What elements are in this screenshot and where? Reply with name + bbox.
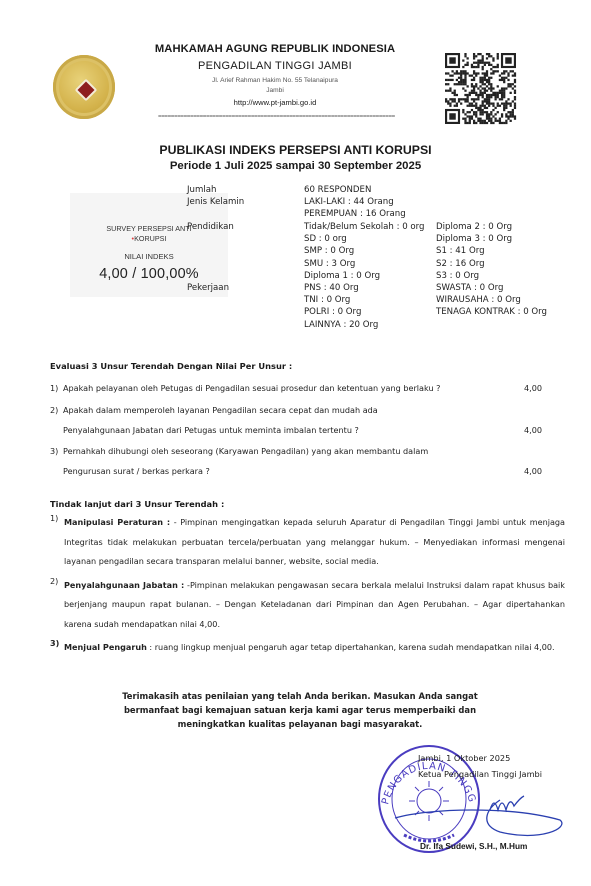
education-item: SMP : 0 Org — [304, 245, 425, 257]
institution-name: MAHKAMAH AGUNG REPUBLIK INDONESIA — [130, 43, 420, 55]
court-name: PENGADILAN TINGGI JAMBI — [130, 60, 420, 72]
signature-scribble-icon — [390, 780, 570, 850]
closing-line: Terimakasih atas penilaian yang telah An… — [120, 690, 480, 704]
sign-place-date: Jambi, 1 Oktober 2025 — [418, 753, 510, 763]
followup-heading: Tindak lanjut dari 3 Unsur Terendah : — [50, 499, 224, 509]
education-item: Tidak/Belum Sekolah : 0 org — [304, 221, 425, 233]
job-list-1: PNS : 40 OrgTNI : 0 OrgPOLRI : 0 OrgLAIN… — [304, 282, 378, 331]
education-item: Diploma 3 : 0 Org — [436, 233, 512, 245]
qr-code-icon — [444, 45, 517, 132]
gender-item: PEREMPUAN : 16 Orang — [304, 208, 406, 220]
jumlah-value: 60 RESPONDEN — [304, 184, 371, 196]
job-item: POLRI : 0 Org — [304, 306, 378, 318]
education-item: S2 : 16 Org — [436, 258, 512, 270]
period-subtitle: Periode 1 Juli 2025 sampai 30 September … — [0, 160, 591, 172]
followup-item: 1)Manipulasi Peraturan : - Pimpinan meng… — [50, 513, 565, 572]
website-link[interactable]: http://www.pt-jambi.go.id — [130, 98, 420, 107]
followup-item: 2)Penyalahgunaan Jabatan : -Pimpinan mel… — [50, 576, 565, 635]
evaluation-number: 3) — [50, 446, 58, 456]
job-label: Pekerjaan — [187, 282, 229, 294]
education-label: Pendidikan — [187, 221, 234, 233]
education-list-2: Diploma 2 : 0 OrgDiploma 3 : 0 OrgS1 : 4… — [436, 221, 512, 282]
job-item: WIRAUSAHA : 0 Org — [436, 294, 547, 306]
evaluation-number: 1) — [50, 383, 58, 393]
followup-text: Penyalahgunaan Jabatan : -Pimpinan melak… — [64, 576, 565, 635]
court-emblem-icon — [53, 55, 115, 119]
index-label: NILAI INDEKS — [70, 252, 228, 261]
job-item: TENAGA KONTRAK : 0 Org — [436, 306, 547, 318]
followup-text: Manipulasi Peraturan : - Pimpinan mengin… — [64, 513, 565, 572]
job-item: PNS : 40 Org — [304, 282, 378, 294]
jumlah-label: Jumlah — [187, 184, 216, 196]
closing-message: Terimakasih atas penilaian yang telah An… — [120, 690, 480, 731]
evaluation-number: 2) — [50, 405, 58, 415]
evaluation-question: Apakah dalam memperoleh layanan Pengadil… — [63, 405, 378, 415]
header-separator: ========================================… — [158, 113, 416, 120]
education-item: S3 : 0 Org — [436, 270, 512, 282]
gender-label: Jenis Kelamin — [187, 196, 244, 208]
closing-line: bermanfaat bagi kemajuan satuan kerja ka… — [120, 704, 480, 718]
education-item: Diploma 2 : 0 Org — [436, 221, 512, 233]
followup-item: 3)Menjual Pengaruh : ruang lingkup menju… — [50, 638, 565, 658]
gender-list: LAKI-LAKI : 44 OrangPEREMPUAN : 16 Orang — [304, 196, 406, 220]
address-line-1: Jl. Arief Rahman Hakim No. 55 Telanaipur… — [130, 77, 420, 84]
job-item: SWASTA : 0 Org — [436, 282, 547, 294]
page-title: PUBLIKASI INDEKS PERSEPSI ANTI KORUPSI — [0, 143, 591, 157]
sign-role: Ketua Pengadilan Tinggi Jambi — [418, 769, 542, 779]
education-item: Diploma 1 : 0 Org — [304, 270, 425, 282]
evaluation-score: 4,00 — [524, 466, 542, 476]
followup-number: 1) — [50, 513, 64, 572]
evaluation-question: Apakah pelayanan oleh Petugas di Pengadi… — [63, 383, 440, 393]
evaluation-question: Pernahkah dihubungi oleh seseorang (Kary… — [63, 446, 428, 456]
evaluation-question: Penyalahgunaan Jabatan dari Petugas untu… — [63, 425, 359, 435]
education-item: SD : 0 org — [304, 233, 425, 245]
followup-text: Menjual Pengaruh : ruang lingkup menjual… — [64, 638, 565, 658]
evaluation-score: 4,00 — [524, 383, 542, 393]
index-value: 4,00 / 100,00% — [70, 266, 228, 282]
followup-list: 1)Manipulasi Peraturan : - Pimpinan meng… — [50, 513, 565, 658]
followup-number: 3) — [50, 638, 64, 658]
job-item: LAINNYA : 20 Org — [304, 319, 378, 331]
education-item: S1 : 41 Org — [436, 245, 512, 257]
gender-item: LAKI-LAKI : 44 Orang — [304, 196, 406, 208]
evaluation-question: Pengurusan surat / berkas perkara ? — [63, 466, 210, 476]
signatory-name: Dr. Ifa Sudewi, S.H., M.Hum — [420, 841, 527, 851]
address-line-2: Jambi — [130, 87, 420, 94]
job-list-2: SWASTA : 0 OrgWIRAUSAHA : 0 OrgTENAGA KO… — [436, 282, 547, 319]
job-item: TNI : 0 Org — [304, 294, 378, 306]
education-list-1: Tidak/Belum Sekolah : 0 orgSD : 0 orgSMP… — [304, 221, 425, 282]
followup-number: 2) — [50, 576, 64, 635]
evaluation-heading: Evaluasi 3 Unsur Terendah Dengan Nilai P… — [50, 361, 292, 371]
closing-line: meningkatkan kualitas pelayanan bagi mas… — [120, 718, 480, 732]
survey-label-2: •KORUPSI — [70, 234, 228, 243]
education-item: SMU : 3 Org — [304, 258, 425, 270]
evaluation-score: 4,00 — [524, 425, 542, 435]
